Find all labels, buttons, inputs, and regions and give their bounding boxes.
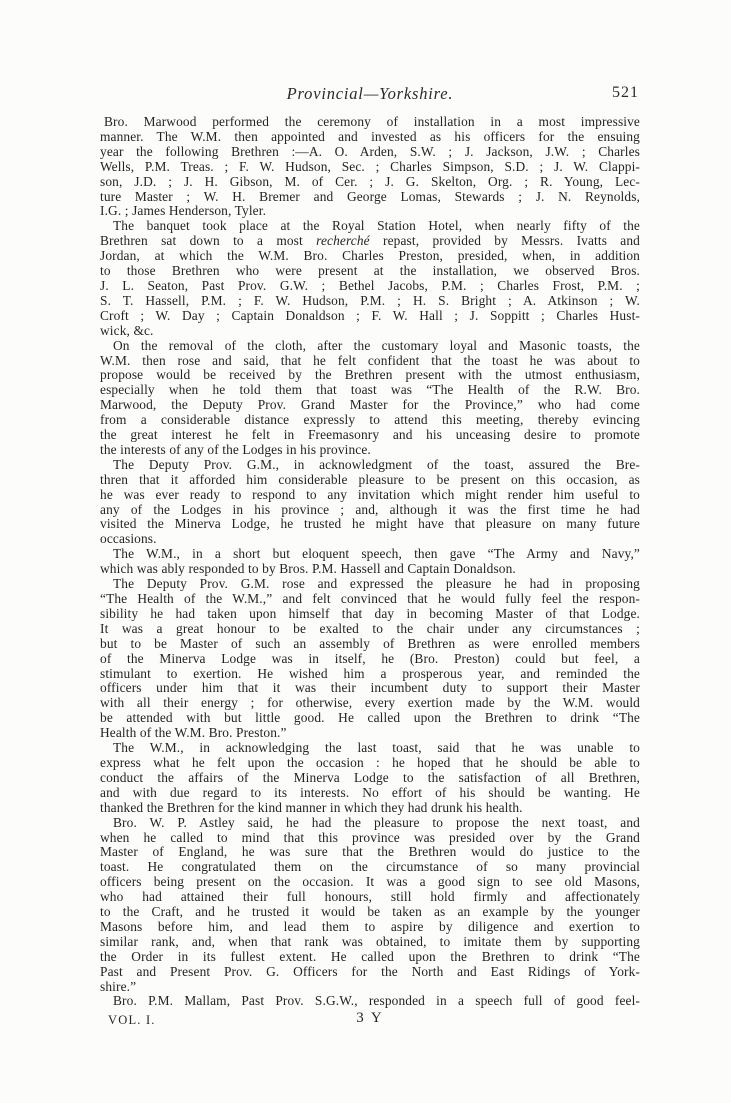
- page-header: Provincial—Yorkshire. 521: [100, 84, 640, 103]
- text-line: the interests of any of the Lodges in hi…: [100, 443, 640, 458]
- text-line: The W.M., in a short but eloquent speech…: [100, 547, 640, 562]
- paragraph: The Deputy Prov. G.M., in acknowledgment…: [100, 458, 640, 547]
- text-block: Provincial—Yorkshire. 521 Bro. Marwood p…: [100, 84, 640, 1032]
- text-line: propose would be received by the Brethre…: [100, 368, 640, 383]
- text-line: stimulant to exertion. He wished him a p…: [100, 667, 640, 682]
- text-line: when he called to mind that this provinc…: [100, 831, 640, 846]
- text-line: manner. The W.M. then appointed and inve…: [100, 130, 640, 145]
- text-line: S. T. Hassell, P.M. ; F. W. Hudson, P.M.…: [100, 294, 640, 309]
- text-line: The Deputy Prov. G.M. rose and expressed…: [100, 577, 640, 592]
- text-line: The W.M., in acknowledging the last toas…: [100, 741, 640, 756]
- text-run: Brethren sat down to a most: [100, 233, 316, 248]
- text-line: any of the Lodges in his province ; and,…: [100, 503, 640, 518]
- text-line: Masons before him, and lead them to aspi…: [100, 920, 640, 935]
- text-line: Bro. P.M. Mallam, Past Prov. S.G.W., res…: [100, 994, 640, 1009]
- text-line: It was a great honour to be exalted to t…: [100, 622, 640, 637]
- paragraph: The Deputy Prov. G.M. rose and expressed…: [100, 577, 640, 741]
- text-line: similar rank, and, when that rank was ob…: [100, 935, 640, 950]
- text-line: Master of England, he was sure that the …: [100, 845, 640, 860]
- text-line: to those Brethren who were present at th…: [100, 264, 640, 279]
- italic-text-run: recherché: [316, 233, 370, 248]
- text-line: which was ably responded to by Bros. P.M…: [100, 562, 640, 577]
- document-body: Bro. Marwood performed the ceremony of i…: [100, 115, 640, 1009]
- text-line: he was ever ready to respond to any invi…: [100, 488, 640, 503]
- running-title: Provincial—Yorkshire.: [100, 84, 640, 104]
- text-line: from a considerable distance expressly t…: [100, 413, 640, 428]
- text-line: Bro. Marwood performed the ceremony of i…: [100, 115, 640, 130]
- text-line: The Deputy Prov. G.M., in acknowledgment…: [100, 458, 640, 473]
- signature-mark: 3 Y: [100, 1010, 640, 1027]
- text-line: with all their energy ; for otherwise, e…: [100, 696, 640, 711]
- text-line: who had attained their full honours, sti…: [100, 890, 640, 905]
- scanned-page: Provincial—Yorkshire. 521 Bro. Marwood p…: [0, 0, 731, 1103]
- text-line: and with due regard to its interests. No…: [100, 786, 640, 801]
- text-line: Croft ; W. Day ; Captain Donaldson ; F. …: [100, 309, 640, 324]
- text-line: son, J.D. ; J. H. Gibson, M. of Cer. ; J…: [100, 175, 640, 190]
- text-line: the Order in its fullest extent. He call…: [100, 950, 640, 965]
- paragraph: The banquet took place at the Royal Stat…: [100, 219, 640, 338]
- page-footer: VOL. I. 3 Y: [100, 1010, 640, 1032]
- text-line: but to be Master of such an assembly of …: [100, 637, 640, 652]
- text-line: conduct the affairs of the Minerva Lodge…: [100, 771, 640, 786]
- page-number: 521: [612, 84, 639, 102]
- paragraph: The W.M., in acknowledging the last toas…: [100, 741, 640, 816]
- text-line: officers under him that it was their inc…: [100, 681, 640, 696]
- text-line: “The Health of the W.M.,” and felt convi…: [100, 592, 640, 607]
- text-line: Marwood, the Deputy Prov. Grand Master f…: [100, 398, 640, 413]
- text-line: thanked the Brethren for the kind manner…: [100, 801, 640, 816]
- text-line: officers being present on the occasion. …: [100, 875, 640, 890]
- paragraph: Bro. W. P. Astley said, he had the pleas…: [100, 816, 640, 995]
- text-line: to the Craft, and he trusted it would be…: [100, 905, 640, 920]
- text-line: year the following Brethren :—A. O. Arde…: [100, 145, 640, 160]
- text-line: sibility he had taken upon himself that …: [100, 607, 640, 622]
- text-line: visited the Minerva Lodge, he trusted he…: [100, 517, 640, 532]
- text-line: Health of the W.M. Bro. Preston.”: [100, 726, 640, 741]
- paragraph: The W.M., in a short but eloquent speech…: [100, 547, 640, 577]
- text-line: especially when he told them that toast …: [100, 383, 640, 398]
- text-line: Jordan, at which the W.M. Bro. Charles P…: [100, 249, 640, 264]
- text-line: the great interest he felt in Freemasonr…: [100, 428, 640, 443]
- text-run: repast, provided by Messrs. Ivatts and: [370, 233, 640, 248]
- text-line: ture Master ; W. H. Bremer and George Lo…: [100, 190, 640, 205]
- text-line: Brethren sat down to a most recherché re…: [100, 234, 640, 249]
- paragraph: Bro. Marwood performed the ceremony of i…: [100, 115, 640, 219]
- text-line: thren that it afforded him considerable …: [100, 473, 640, 488]
- text-line: W.M. then rose and said, that he felt co…: [100, 354, 640, 369]
- text-line: J. L. Seaton, Past Prov. G.W. ; Bethel J…: [100, 279, 640, 294]
- text-line: be attended with but little good. He cal…: [100, 711, 640, 726]
- text-line: Bro. W. P. Astley said, he had the pleas…: [100, 816, 640, 831]
- text-line: of the Minerva Lodge was in itself, he (…: [100, 652, 640, 667]
- text-line: On the removal of the cloth, after the c…: [100, 339, 640, 354]
- text-line: wick, &c.: [100, 324, 640, 339]
- text-line: Past and Present Prov. G. Officers for t…: [100, 965, 640, 980]
- text-line: Wells, P.M. Treas. ; F. W. Hudson, Sec. …: [100, 160, 640, 175]
- text-line: express what he felt upon the occasion :…: [100, 756, 640, 771]
- text-line: toast. He congratulated them on the circ…: [100, 860, 640, 875]
- text-line: I.G. ; James Henderson, Tyler.: [100, 204, 640, 219]
- text-line: shire.”: [100, 980, 640, 995]
- text-line: The banquet took place at the Royal Stat…: [100, 219, 640, 234]
- text-line: occasions.: [100, 532, 640, 547]
- paragraph: Bro. P.M. Mallam, Past Prov. S.G.W., res…: [100, 994, 640, 1009]
- paragraph: On the removal of the cloth, after the c…: [100, 339, 640, 458]
